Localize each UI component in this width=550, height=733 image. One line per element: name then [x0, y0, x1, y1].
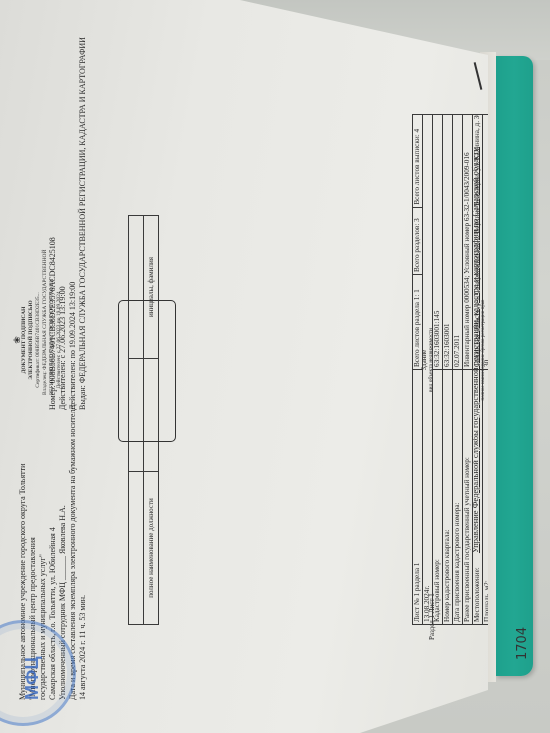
- cert-valid-to: Действителен: по 19.09.2024 13:19:00: [68, 37, 78, 410]
- teal-folder: [495, 56, 533, 676]
- table-row: Номер кадастрового квартала:63:32:160300…: [443, 115, 453, 625]
- handwritten-note: 1704: [515, 627, 530, 660]
- cert-number: Номер: 008B56B7401CB38D2E3576ACDC8425108: [48, 37, 58, 410]
- extract-date: 13.08.2024г.: [423, 115, 433, 625]
- row-label: Кадастровая стоимость, руб:: [543, 370, 550, 625]
- row-label: Ранее присвоенный государственный учетны…: [463, 370, 473, 625]
- sheet-number: Лист № 1 раздела 1: [413, 370, 423, 625]
- table-row: Ранее присвоенный государственный учетны…: [463, 115, 473, 625]
- row-value: 63:32:1603001: [443, 115, 453, 370]
- row-label: Кадастровый номер:: [433, 370, 443, 625]
- table-row: Кадастровый номер:63:32:1603001:145: [433, 115, 443, 625]
- sheets-total: Всего листов выписки: 4: [413, 115, 423, 208]
- mfc-line: 14 августа 2024 г. 11 ч. 53 мин.: [78, 404, 88, 700]
- table-row: Дата присвоения кадастрового номера:02.0…: [453, 115, 463, 625]
- row-label: Дата присвоения кадастрового номера:: [453, 370, 463, 625]
- row-value: Инвентарный номер 0000534; Условный номе…: [463, 115, 473, 370]
- cert-valid-from: Действителен: с 27.06.2023 13:19:00: [58, 37, 68, 410]
- row-label: Номер кадастрового квартала:: [443, 370, 453, 625]
- row-label: Год завершения строительства:: [533, 370, 543, 625]
- row-value: 42188.01: [543, 115, 550, 370]
- row-value: 1960: [533, 115, 543, 370]
- table-row: Год завершения строительства:1960: [533, 115, 543, 625]
- row-value: Самарская область, р-н Ставропольский, с…: [473, 115, 483, 370]
- sheet-header-row: Лист № 1 раздела 1 Всего листов раздела …: [413, 115, 423, 625]
- sections-total: Всего разделов: 3: [413, 207, 423, 274]
- table-row: Местоположение:Самарская область, р-н Ст…: [473, 115, 483, 625]
- date-row: 13.08.2024г.: [423, 115, 433, 625]
- e-signature-line: Сертификат: 008B56B7401CB38D2E35...: [35, 285, 42, 395]
- emblem-icon: ❀: [14, 285, 21, 395]
- document-page: Управление Федеральной службы государств…: [0, 0, 488, 733]
- e-signature-box: [118, 300, 176, 442]
- table-row: Кадастровая стоимость, руб:42188.01: [543, 115, 550, 625]
- row-value: 63:32:1603001:145: [433, 115, 443, 370]
- row-label: Местоположение:: [473, 370, 483, 625]
- row-value: 02.07.2011: [453, 115, 463, 370]
- e-signature-title: ДОКУМЕНТ ПОДПИСАН: [21, 285, 28, 395]
- cert-issuer: Выдан: ФЕДЕРАЛЬНАЯ СЛУЖБА ГОСУДАРСТВЕННО…: [78, 37, 88, 410]
- e-signature-subtitle: ЭЛЕКТРОННОЙ ПОДПИСЬЮ: [28, 285, 35, 395]
- position-caption: полное наименование должности: [144, 472, 159, 625]
- sheets-in-section: Всего листов раздела 1: 1: [413, 275, 423, 370]
- certificate-block: Номер: 008B56B7401CB38D2E3576ACDC8425108…: [48, 37, 88, 410]
- mfc-seal-text: МФЦ: [22, 656, 43, 700]
